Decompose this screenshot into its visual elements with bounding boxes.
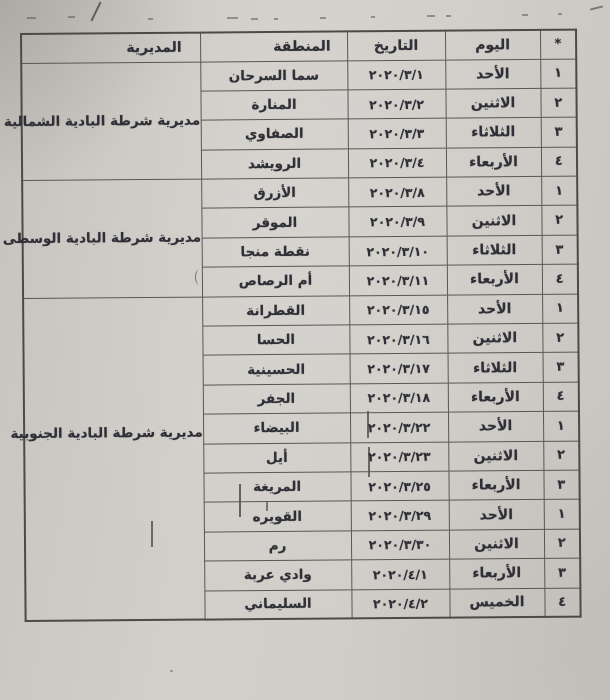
scan-smudge [227,17,238,19]
day-cell: الأربعاء [448,382,543,412]
date-cell: ٢٠٢٠/٣/٢٢ [350,412,448,442]
date-cell: ٢٠٢٠/٣/٢٣ [350,442,448,472]
pen-mark-top-right [590,5,603,10]
day-cell: الاثنين [445,88,540,118]
scanned-page: * اليوم التاريخ المنطقة المديرية ١ الأحد… [0,0,610,700]
day-cell: الأحد [449,500,544,530]
day-cell: الأحد [445,59,540,89]
area-cell: سما السرحان [200,60,347,91]
row-number-cell: ٤ [544,588,580,618]
date-cell: ٢٠٢٠/٣/٢ [347,89,445,119]
schedule-table-wrap: * اليوم التاريخ المنطقة المديرية ١ الأحد… [20,29,582,623]
day-cell: الاثنين [446,206,541,236]
date-cell: ٢٠٢٠/٣/١٦ [349,324,447,354]
day-cell: الأربعاء [446,147,541,177]
day-cell: الثلاثاء [447,235,542,265]
scan-smudge [427,15,435,17]
header-row: * اليوم التاريخ المنطقة المديرية [21,30,576,63]
header-area: المنطقة [200,31,347,61]
row-number-cell: ١ [540,59,576,89]
directorate-cell: مديرية شرطة البادية الشمالية [21,62,201,181]
row-number-cell: ١ [541,176,577,206]
day-cell: الأحد [448,412,543,442]
row-number-cell: ٢ [544,529,580,559]
scan-smudge [522,14,528,16]
schedule-table: * اليوم التاريخ المنطقة المديرية ١ الأحد… [20,29,582,623]
date-cell: ٢٠٢٠/٣/١٧ [350,354,448,384]
scan-smudge [320,17,326,19]
area-cell: السليماني [204,589,351,620]
area-cell: الموقر [201,207,348,238]
area-cell: الصفاوي [201,119,348,150]
scan-smudge [558,13,562,15]
row-number-cell: ٣ [543,470,579,500]
day-cell: الأحد [446,176,541,206]
row-number-cell: ٤ [541,147,577,177]
row-number-cell: ٢ [541,206,577,236]
scan-smudge [148,18,153,20]
row-number-cell: ٣ [542,235,578,265]
day-cell: الأربعاء [449,559,544,589]
table-row: ١ الأحد ٢٠٢٠/٣/١٥ القطرانة مديرية شرطة ا… [23,294,578,328]
scan-smudge [251,18,258,20]
scan-smudge [27,17,36,19]
date-cell: ٢٠٢٠/٣/٩ [348,207,446,237]
header-index: * [540,30,576,59]
date-cell: ٢٠٢٠/٣/٣ [348,118,446,148]
area-cell: البيضاء [203,413,350,444]
day-cell: الثلاثاء [448,353,543,383]
directorate-label: مديرية شرطة البادية الجنوبية [10,424,202,442]
day-cell: الاثنين [449,529,544,559]
row-number-cell: ٤ [543,382,579,412]
date-cell: ٢٠٢٠/٣/١١ [349,265,447,295]
day-cell: الأربعاء [448,470,543,500]
row-number-cell: ٢ [540,88,576,118]
scan-dot [170,670,173,672]
date-cell: ٢٠٢٠/٤/١ [351,559,449,589]
date-cell: ٢٠٢٠/٣/٣٠ [351,530,449,560]
row-number-cell: ١ [543,411,579,441]
area-cell: نقطة منجا [202,237,349,268]
date-cell: ٢٠٢٠/٣/٨ [348,177,446,207]
date-cell: ٢٠٢٠/٣/٢٥ [350,471,448,501]
row-number-cell: ٣ [543,353,579,383]
table-row: ١ الأحد ٢٠٢٠/٣/٨ الأزرق مديرية شرطة البا… [22,176,577,210]
row-number-cell: ١ [544,499,580,529]
directorate-cell: مديرية شرطة البادية الجنوبية [23,297,205,622]
table-row: ١ الأحد ٢٠٢٠/٣/١ سما السرحان مديرية شرطة… [21,59,576,93]
row-number-cell: ٣ [541,117,577,147]
area-cell: المنارة [200,90,347,121]
day-cell: الثلاثاء [446,118,541,148]
row-number-cell: ٤ [542,264,578,294]
area-cell: رم [204,531,351,562]
scan-smudge [274,18,278,20]
row-number-cell: ١ [542,294,578,324]
scan-smudge [446,15,451,17]
date-cell: ٢٠٢٠/٣/١٠ [349,236,447,266]
area-cell: الأزرق [201,178,348,209]
row-number-cell: ٣ [544,558,580,588]
date-cell: ٢٠٢٠/٣/٤ [348,148,446,178]
directorate-cell: مديرية شرطة البادية الوسطى [22,179,202,298]
area-cell: الجفر [203,384,350,415]
row-number-cell: ٢ [543,441,579,471]
area-cell: المريغة [203,472,350,503]
area-cell: القطرانة [202,296,349,327]
day-cell: الخميس [449,588,544,618]
scan-smudge [68,16,75,18]
area-cell: الحسينية [203,354,350,385]
date-cell: ٢٠٢٠/٣/١ [347,60,445,90]
area-cell: الحسا [202,325,349,356]
scan-smudge [371,16,375,18]
area-cell: أم الرصاص [202,266,349,297]
day-cell: الاثنين [447,323,542,353]
area-cell: وادي عربة [204,560,351,591]
area-cell: أيل [203,442,350,473]
pen-mark-diagonal [90,2,101,22]
date-cell: ٢٠٢٠/٣/٢٩ [351,501,449,531]
day-cell: الأربعاء [447,265,542,295]
date-cell: ٢٠٢٠/٤/٢ [351,589,449,619]
header-day: اليوم [445,30,540,60]
row-number-cell: ٢ [542,323,578,353]
header-directorate: المديرية [21,33,200,63]
date-cell: ٢٠٢٠/٣/١٥ [349,295,447,325]
area-cell: القويره [204,501,351,532]
day-cell: الاثنين [448,441,543,471]
header-date: التاريخ [347,31,445,61]
day-cell: الأحد [447,294,542,324]
area-cell: الرويشد [201,149,348,180]
date-cell: ٢٠٢٠/٣/١٨ [350,383,448,413]
